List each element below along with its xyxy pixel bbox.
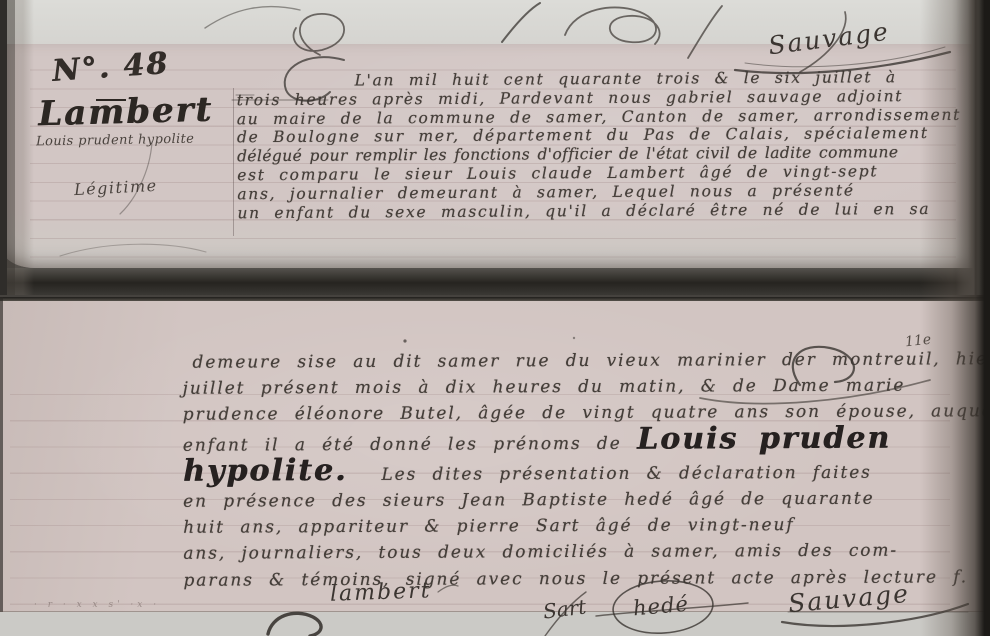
- overline-mark: [96, 99, 126, 101]
- scanned-register-page: N°. 48 Lambert Louis prudent hypolite Lé…: [0, 0, 990, 636]
- act-text-line: huit ans, appariteur & pierre Sart âgé d…: [183, 511, 973, 541]
- act-text-line: en présence des sieurs Jean Baptiste hed…: [183, 485, 973, 515]
- top-strip-bottom-edge: [0, 268, 990, 295]
- act-text-line: juillet présent mois à dix heures du mat…: [183, 372, 973, 402]
- act-text-block-top: L'an mil huit cent quarante trois & le s…: [237, 68, 958, 223]
- margin-child-names: Louis prudent hypolite: [36, 132, 195, 150]
- margin-rule-line: [233, 88, 234, 236]
- bottom-left-edge: [0, 297, 3, 636]
- margin-surname: Lambert: [38, 90, 214, 135]
- bottom-gray-band: [0, 612, 990, 636]
- act-text-line: demeure sise au dit samer rue du vieux m…: [192, 343, 972, 376]
- child-name-emphasized-second: hypolite.: [183, 453, 348, 489]
- folio-note: 11e: [904, 332, 932, 351]
- act-text-line: hypolite.Les dites présentation & déclar…: [183, 455, 973, 489]
- faint-pencil-marks: · r · x x s' ·x ·: [34, 600, 160, 610]
- binding-shadow-left: [0, 0, 34, 295]
- page-gutter-right-top: [956, 0, 990, 295]
- act-text-line: ans, journaliers, tous deux domiciliés à…: [183, 538, 973, 568]
- signature-witness-hede: hedé: [632, 592, 690, 621]
- signature-father: lambert: [330, 578, 432, 607]
- child-name-emphasized-first: Louis pruden: [637, 420, 891, 456]
- act-text-block-bottom: demeure sise au dit samer rue du vieux m…: [182, 343, 973, 593]
